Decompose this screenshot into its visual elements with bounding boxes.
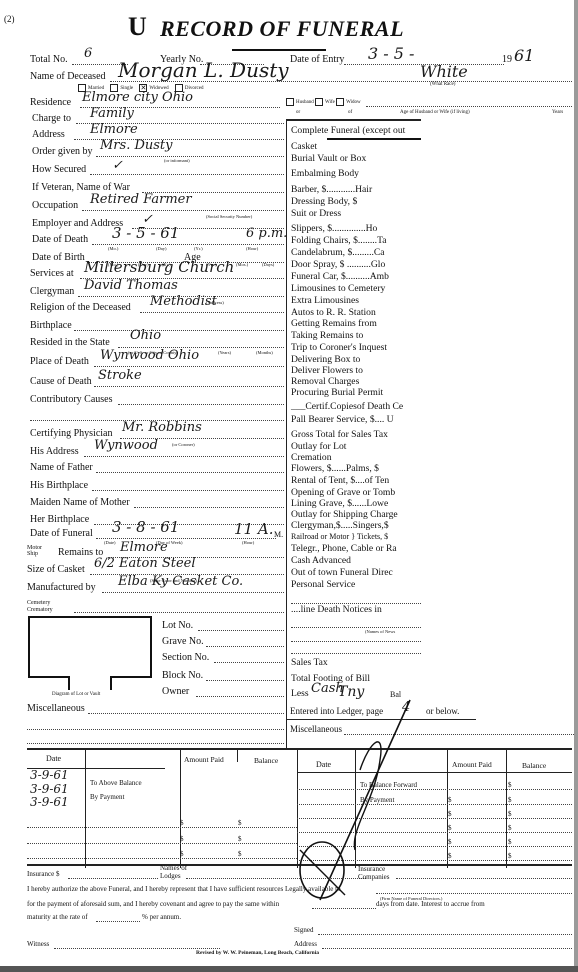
ledger-left-row3-date[interactable]: 3-9-61 xyxy=(30,795,69,809)
ledger-right-currency: $ xyxy=(448,852,452,860)
section-no-label: Section No. xyxy=(162,652,209,663)
how-secured-value[interactable]: ✓ xyxy=(112,158,123,173)
religion-label: Religion of the Deceased xyxy=(30,302,131,313)
charge-outlay-lot: Outlay for Lot xyxy=(291,441,346,452)
ledger-left-amount-header: Amount Paid xyxy=(184,755,224,764)
clergyman-value[interactable]: David Thomas xyxy=(84,278,178,293)
charge-gross-total: Gross Total for Sales Tax xyxy=(291,429,388,440)
charge-tent-rental: Rental of Tent, $....of Ten xyxy=(291,475,389,486)
date-of-entry-value[interactable]: 3 - 5 - xyxy=(368,44,414,63)
charge-barber: Barber, $............Hair xyxy=(291,184,372,195)
witness-field[interactable] xyxy=(54,948,220,949)
his-address-label: His Address xyxy=(30,446,79,457)
ledger-right-currency: $ xyxy=(448,796,452,804)
race-caption: (What Race) xyxy=(430,82,455,87)
caption-year: (Yr.) xyxy=(194,246,203,251)
his-birthplace-label: His Birthplace xyxy=(30,480,88,491)
grave-no-label: Grave No. xyxy=(162,636,204,647)
block-no-label: Block No. xyxy=(162,670,203,681)
charge-death-certificates: ___Certif.Copiesof Death Ce xyxy=(291,401,403,412)
manufactured-by-value[interactable]: Elba Ky Casket Co. xyxy=(118,574,243,589)
order-given-by-value[interactable]: Mrs. Dusty xyxy=(100,138,173,153)
charge-limousines: Limousines to Cemetery xyxy=(291,283,385,294)
her-birthplace-label: Her Birthplace xyxy=(30,514,89,525)
spouse-wife[interactable]: Wife xyxy=(315,100,335,105)
checkbox-icon xyxy=(336,98,344,106)
revised-by: Revised by W. W. Peineman, Long Beach, C… xyxy=(196,950,319,956)
spouse-of: of xyxy=(348,110,352,115)
lot-diagram[interactable] xyxy=(28,616,152,678)
address-value[interactable]: Elmore xyxy=(90,122,138,137)
charge-cash-advanced: Cash Advanced xyxy=(291,555,351,566)
title-underline xyxy=(232,49,326,51)
cause-of-death-value[interactable]: Stroke xyxy=(98,368,142,383)
caption-date: (Date) xyxy=(104,540,116,545)
ledger-right-currency: $ xyxy=(508,824,512,832)
clergyman-label: Clergyman xyxy=(30,286,74,297)
ledger-right-amount-header: Amount Paid xyxy=(452,760,492,769)
charge-funeral-car: Funeral Car, $..........Amb xyxy=(291,271,389,282)
place-of-death-value[interactable]: Wynwood Ohio xyxy=(100,348,199,363)
charge-coroner: Trip to Coroner's Inquest xyxy=(291,342,387,353)
caption-day: (Day) xyxy=(156,246,167,251)
charge-deliver-flowers: Deliver Flowers to xyxy=(291,365,363,376)
charge-lining-grave: Lining Grave, $......Lowe xyxy=(291,498,388,509)
name-label: Name of Deceased xyxy=(30,71,106,82)
lot-diagram-caption: Diagram of Lot or Vault xyxy=(52,692,100,697)
charge-door-spray: Door Spray, $ ..........Glo xyxy=(291,259,385,270)
lot-no-label: Lot No. xyxy=(162,620,193,631)
charge-slippers: Slippers, $..............Ho xyxy=(291,223,377,234)
charge-burial-vault: Burial Vault or Box xyxy=(291,153,366,164)
misc-label: Miscellaneous xyxy=(27,703,85,714)
authorization-line2b: days from date. Interest to accrue from xyxy=(376,900,485,908)
page-number-mark: (2) xyxy=(4,14,15,24)
year-prefix: 19 xyxy=(502,54,512,65)
funeral-hour-suffix: M. xyxy=(274,530,283,539)
charge-to-value[interactable]: Family xyxy=(90,106,134,121)
ledger-left-currency: $ xyxy=(180,819,184,827)
charges-panel: Complete Funeral (except out Casket Buri… xyxy=(286,119,421,733)
residence-value[interactable]: Elmore city Ohio xyxy=(82,90,193,105)
ledger-left-currency: $ xyxy=(238,835,242,843)
years-label: Years xyxy=(552,110,563,115)
charge-to-label: Charge to xyxy=(32,113,71,124)
residence-label: Residence xyxy=(30,97,71,108)
charge-candelabrum: Candelabrum, $.........Ca xyxy=(291,247,385,258)
address-footer-label: Address xyxy=(294,940,317,948)
ledger-left-date-header: Date xyxy=(46,754,61,763)
scan-edge xyxy=(574,0,578,972)
charge-out-of-town: Out of town Funeral Direc xyxy=(291,567,393,578)
ledger-left-row2-desc: By Payment xyxy=(90,793,124,801)
charge-folding-chairs: Folding Chairs, $........Ta xyxy=(291,235,387,246)
ledger-right-currency: $ xyxy=(448,810,452,818)
charge-taking-remains: Taking Remains to xyxy=(291,330,363,341)
checkbox-icon xyxy=(286,98,294,106)
date-of-death-value[interactable]: 3 - 5 - 61 xyxy=(112,224,179,242)
caption-month: (Mo.) xyxy=(108,246,118,251)
how-secured-label: How Secured xyxy=(32,164,86,175)
ledger-right-currency: $ xyxy=(508,810,512,818)
charge-telegram: Telegr., Phone, Cable or Ra xyxy=(291,543,397,554)
contributory-causes-label: Contributory Causes xyxy=(30,394,113,405)
year-value[interactable]: 61 xyxy=(514,46,534,65)
ledger-right-currency: $ xyxy=(508,852,512,860)
occupation-label: Occupation xyxy=(32,200,78,211)
services-at-label: Services at xyxy=(30,268,74,279)
employer-label: Employer and Address xyxy=(32,218,123,229)
physician-caption: (or Coroner) xyxy=(172,442,195,447)
address-footer-field[interactable] xyxy=(322,948,572,949)
funeral-hour-value[interactable]: 11 A. xyxy=(234,520,273,538)
charge-removal: Removal Charges xyxy=(291,376,359,387)
spouse-options: Husband Wife Widow xyxy=(286,98,361,106)
ledger-left-row2-date[interactable]: 3-9-61 xyxy=(30,782,69,796)
news-caption: (Names of News xyxy=(365,629,395,634)
resided-caption-years: (Years) xyxy=(218,350,231,355)
his-address-value[interactable]: Wynwood xyxy=(94,438,158,453)
caption-mos: (Mos.) xyxy=(236,262,248,267)
charge-shipping: Outlay for Shipping Charge xyxy=(291,509,398,520)
caption-days: (Days) xyxy=(262,262,274,267)
charge-embalming: Embalming Body xyxy=(291,168,359,179)
order-given-by-label: Order given by xyxy=(32,146,93,157)
ledger-left-balance-header: Balance xyxy=(254,756,278,765)
date-of-birth-label: Date of Birth xyxy=(32,252,85,263)
ledger-right-balance-header: Balance xyxy=(522,761,546,770)
birthplace-label: Birthplace xyxy=(30,320,72,331)
place-of-death-label: Place of Death xyxy=(30,356,89,367)
maiden-name-label: Maiden Name of Mother xyxy=(30,497,130,508)
cemetery-label: Cemetery Crematory xyxy=(27,600,57,614)
spouse-husband[interactable]: Husband xyxy=(286,100,314,105)
witness-label: Witness xyxy=(27,940,49,948)
ledger-left-currency: $ xyxy=(180,835,184,843)
authorization-line3: maturity at the rate of xyxy=(27,913,88,921)
charge-getting-remains: Getting Remains from xyxy=(291,318,377,329)
date-of-funeral-value[interactable]: 3 - 8 - 61 xyxy=(112,518,179,536)
authorization-line1: I hereby authorize the above Funeral, an… xyxy=(27,885,341,893)
occupation-value[interactable]: Retired Farmer xyxy=(90,192,192,207)
religion-value[interactable]: Methodist xyxy=(150,294,217,309)
form-logo: U xyxy=(128,12,147,42)
signed-field[interactable] xyxy=(318,934,572,935)
charge-burial-permit: Procuring Burial Permit xyxy=(291,387,383,398)
ledger-right-currency: $ xyxy=(508,781,512,789)
charge-dressing: Dressing Body, $ xyxy=(291,196,357,207)
percent-label: % per annum. xyxy=(142,913,181,921)
ledger-left-currency: $ xyxy=(180,850,184,858)
ledger-right-currency: $ xyxy=(508,838,512,846)
ledger-right-currency: $ xyxy=(508,796,512,804)
charge-delivering-box: Delivering Box to xyxy=(291,354,360,365)
name-of-father-label: Name of Father xyxy=(30,462,93,473)
ledger-left-currency: $ xyxy=(238,850,242,858)
ledger-left-currency: $ xyxy=(238,819,242,827)
scan-bottom-edge xyxy=(0,966,578,972)
spouse-or: or xyxy=(296,110,300,115)
death-hour-value[interactable]: 6 p.m. xyxy=(246,226,287,241)
remains-to-value[interactable]: Elmore xyxy=(120,540,168,555)
authorization-line2a: for the payment of aforesaid sum, and I … xyxy=(27,900,279,908)
charge-personal-service: Personal Service xyxy=(291,579,355,590)
date-of-entry-label: Date of Entry xyxy=(290,54,344,65)
resided-caption-months: (Months) xyxy=(256,350,273,355)
resided-in-state-label: Resided in the State xyxy=(30,337,110,348)
insurance-companies-label: Insurance Companies xyxy=(358,865,398,881)
caption-hour: (Hour) xyxy=(242,540,254,545)
charge-tickets: Railroad or Motor } Tickets, $ xyxy=(291,532,388,541)
size-of-casket-label: Size of Casket xyxy=(27,564,85,575)
motor-ship-label: Motor Ship xyxy=(27,545,47,557)
certifying-physician-value[interactable]: Mr. Robbins xyxy=(122,420,202,435)
owner-label: Owner xyxy=(162,686,189,697)
race-value[interactable]: White xyxy=(420,62,468,81)
charge-cremation: Cremation xyxy=(291,452,332,463)
ledger-right-currency: $ xyxy=(448,824,452,832)
charge-flowers: Flowers, $......Palms, $ xyxy=(291,463,379,474)
charge-opening-grave: Opening of Grave or Tomb xyxy=(291,487,395,498)
manufactured-by-label: Manufactured by xyxy=(27,582,96,593)
age-spouse-caption: Age of Husband or Wife (if living) xyxy=(400,110,470,115)
resided-in-state-value[interactable]: Ohio xyxy=(130,328,161,343)
cause-of-death-label: Cause of Death xyxy=(30,376,92,387)
charge-pall-bearer: Pall Bearer Service, $.... U xyxy=(291,414,394,425)
ledger-right-currency: $ xyxy=(448,838,452,846)
form-title: RECORD OF FUNERAL xyxy=(160,16,404,42)
size-of-casket-value[interactable]: 6/2 Eaton Steel xyxy=(94,556,196,571)
charge-clergyman: Clergyman,$.....Singers,$ xyxy=(291,520,389,531)
services-at-value[interactable]: Millersburg Church xyxy=(84,258,234,276)
charge-autos-rr: Autos to R. R. Station xyxy=(291,307,376,318)
checkbox-icon xyxy=(315,98,323,106)
order-given-by-caption: (or informant) xyxy=(164,158,190,163)
total-no-label: Total No. xyxy=(30,54,68,65)
spouse-widow[interactable]: Widow xyxy=(336,100,361,105)
charge-sales-tax: Sales Tax xyxy=(291,657,328,668)
address-label: Address xyxy=(32,129,65,140)
occupation-caption: (Social Security Number) xyxy=(206,214,252,219)
caption-hour: (Hour) xyxy=(246,246,258,251)
date-of-funeral-label: Date of Funeral xyxy=(30,528,93,539)
ledger-left-row1-date[interactable]: 3-9-61 xyxy=(30,768,69,782)
signed-label: Signed xyxy=(294,926,313,934)
charge-extra-limousines: Extra Limousines xyxy=(291,295,359,306)
date-of-death-label: Date of Death xyxy=(32,234,88,245)
total-no-value[interactable]: 6 xyxy=(84,46,92,61)
entered-suffix: or below. xyxy=(426,706,459,716)
charge-casket: Casket xyxy=(291,141,317,152)
charge-suit: Suit or Dress xyxy=(291,208,341,219)
insurance-label: Insurance $ xyxy=(27,870,59,878)
ledger-left-row1-desc: To Above Balance xyxy=(90,779,142,787)
name-value[interactable]: Morgan L. Dusty xyxy=(118,58,289,82)
charge-complete-funeral: Complete Funeral (except out xyxy=(291,125,405,136)
charge-death-notices: ....line Death Notices in xyxy=(291,604,382,615)
